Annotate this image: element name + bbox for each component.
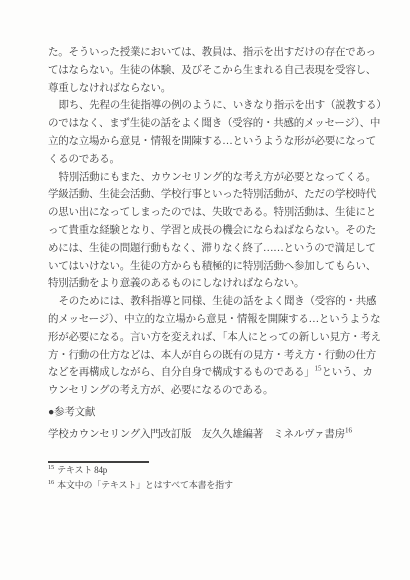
text-line: いてはいけない。生徒の方からも積極的に特別活動へ参加してもらい、	[48, 258, 378, 276]
text-line: 方・行動の仕方などは、本人が自らの既有の見方・考え方・行動の仕方	[48, 347, 378, 365]
text-line: の思い出になってしまったのでは、失敗である。特別活動は、生徒にと	[48, 204, 378, 222]
references-heading: ●参考文献	[48, 404, 95, 422]
document-page: た。そういった授業においては、教員は、指示を出すだけの存在であってはならない。生…	[0, 0, 410, 580]
text-line: 特別活動をより意義のあるものにしなければならない。	[48, 275, 378, 293]
text-line: 尊重しなければならない。	[48, 80, 378, 98]
reference-entry: 学校カウンセリング入門改訂版 友久久雄編著 ミネルヴァ書房16	[48, 426, 352, 444]
text-line: って貴重な経験となり、学習と成長の機会にならねばならない。そのた	[48, 222, 378, 240]
text-line: 特別活動にもまた、カウンセリング的な考え方が必要となってくる。	[48, 169, 378, 187]
footnote-text: 本文中の「テキスト」とはすべて本書を指す	[57, 480, 233, 490]
footnote-ref: 15	[315, 365, 322, 373]
footnote-marker: 15	[48, 464, 54, 471]
text-line: 的メッセージ）、中立的な立場から意見・情報を開陳する…というような	[48, 311, 378, 329]
text-line: 学級活動、生徒会活動、学校行事といった特別活動が、ただの学校時代	[48, 186, 378, 204]
text-line: めには、生徒の問題行動もなく、滞りなく終了……というので満足して	[48, 240, 378, 258]
text-line: てはならない。生徒の体験、及びそこから生まれる自己表現を受容し、	[48, 62, 378, 80]
footnote-text: テキスト 84p	[57, 465, 107, 475]
body-text: た。そういった授業においては、教員は、指示を出すだけの存在であってはならない。生…	[48, 44, 378, 400]
text-line: そのためには、教科指導と同様、生徒の話をよく聞き（受容的・共感	[48, 293, 378, 311]
text-line: ウンセリングの考え方が、必要になるのである。	[48, 382, 378, 400]
text-line: 即ち、先程の生徒指導の例のように、いきなり指示を出す（説教する）	[48, 97, 378, 115]
text-line: 立的な立場から意見・情報を開陳する…というような形が必要になって	[48, 133, 378, 151]
text-line: のではなく、まず生徒の話をよく聞き（受容的・共感的メッセージ）、中	[48, 115, 378, 133]
text-line: くるのである。	[48, 151, 378, 169]
footnote-item: 15テキスト 84p	[48, 463, 233, 478]
text-line: た。そういった授業においては、教員は、指示を出すだけの存在であっ	[48, 44, 378, 62]
footnote-ref: 16	[345, 427, 352, 435]
text-line: 形が必要になる。言い方を変えれば、「本人にとっての新しい見方・考え	[48, 329, 378, 347]
footnotes-section: 15テキスト 84p16本文中の「テキスト」とはすべて本書を指す	[48, 463, 233, 492]
footnote-item: 16本文中の「テキスト」とはすべて本書を指す	[48, 478, 233, 493]
footnote-marker: 16	[48, 479, 54, 486]
text-line: などを再構成しながら、自分自身で構成するものである」15という、カ	[48, 364, 378, 382]
